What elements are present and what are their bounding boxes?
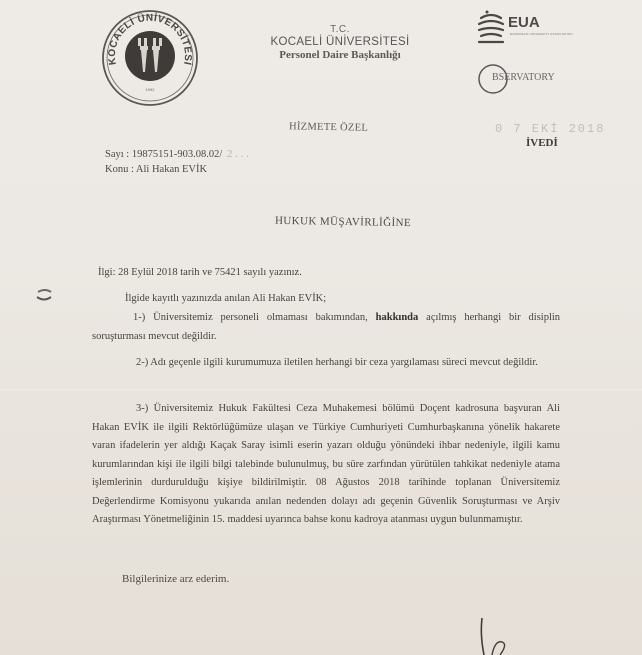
paragraph-2: 2-) Adı geçenle ilgili kurumumuza iletil…	[92, 354, 560, 373]
closing-line: Bilgilerinize arz ederim.	[122, 573, 229, 585]
urgency-label: İVEDİ	[526, 137, 558, 149]
konu-label: Konu :	[105, 164, 134, 175]
reference-number: Sayı : 19875151-903.08.02/ 2 . . .	[105, 148, 249, 160]
classification-label: HİZMETE ÖZEL	[289, 121, 368, 133]
institution-name: KOCAELİ ÜNİVERSİTESİ	[240, 36, 440, 48]
state-label: T.C.	[240, 24, 440, 35]
sayi-stamp: 2 . . .	[227, 148, 249, 160]
intro-line: İlgide kayıtlı yazınızda anılan Ali Haka…	[125, 290, 593, 309]
pen-mark-icon	[35, 285, 55, 305]
addressee: HUKUK MÜŞAVİRLİĞİNE	[275, 215, 411, 229]
paper-fold	[0, 388, 642, 391]
eua-logo-text: EUA	[508, 14, 540, 31]
date-stamp: 0 7 EKİ 2018	[495, 122, 605, 136]
konu-value: Ali Hakan EVİK	[136, 164, 207, 175]
eua-logo-icon	[475, 8, 605, 48]
signature-icon	[470, 610, 560, 655]
department-name: Personel Daire Başkanlığı	[240, 49, 440, 61]
eua-logo-subtitle: EUROPEAN UNIVERSITY ASSOCIATION	[510, 32, 573, 36]
sayi-label: Sayı :	[105, 149, 129, 160]
svg-text:1992: 1992	[146, 87, 156, 92]
university-seal-icon: KOCAELİ ÜNİVERSİTESİ 1992	[100, 8, 200, 108]
subject-line: Konu : Ali Hakan EVİK	[105, 164, 207, 175]
reference-line: İlgi: 28 Eylül 2018 tarih ve 75421 sayıl…	[98, 264, 566, 283]
letterhead: T.C. KOCAELİ ÜNİVERSİTESİ Personel Daire…	[240, 24, 440, 61]
observatory-logo-text: BSERVATORY	[492, 72, 555, 83]
document-page: KOCAELİ ÜNİVERSİTESİ 1992 T.C. KOCAELİ Ü…	[0, 0, 642, 655]
paragraph-1: 1-) Üniversitemiz personeli olmaması bak…	[92, 309, 560, 346]
paragraph-3: 3-) Üniversitemiz Hukuk Fakültesi Ceza M…	[92, 400, 560, 530]
sayi-value: 19875151-903.08.02/	[132, 149, 222, 160]
